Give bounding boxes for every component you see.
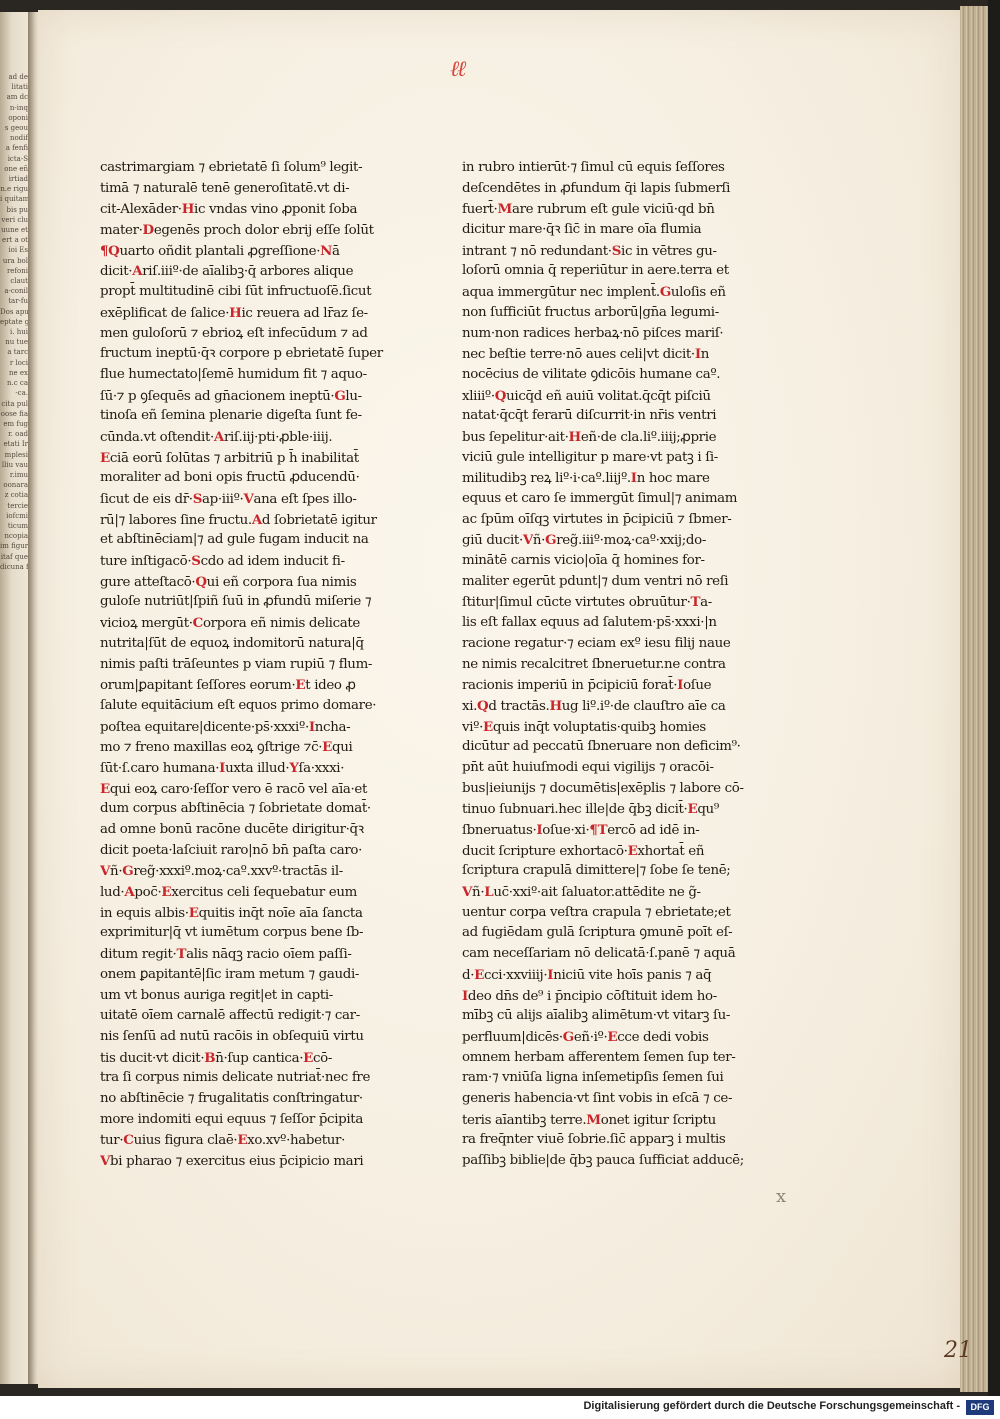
bleed-line: uune et — [0, 225, 28, 235]
text-run: tur· — [100, 1133, 123, 1148]
text-run: alis nāqꝫ racio oīem paſſi- — [186, 947, 352, 962]
bleed-line: a tarc — [0, 347, 28, 357]
rubricated-initial: E — [607, 1029, 617, 1045]
text-line: militudibꝫ reꝝ liº·i·caº.liijº.In hoc ma… — [462, 468, 772, 489]
text-line: cit-Alexāder·Hic vndas vino ꝓponit ſoba — [100, 199, 400, 220]
text-line: ſalute equitācium eſt equos primo domare… — [100, 696, 400, 717]
rubricated-initial: Y — [289, 760, 298, 776]
text-line: in equis albis·Equitis inq̄t noīe aīa ſa… — [100, 903, 400, 924]
text-line: paſſibꝫ biblie|de q̄bꝫ pauca ſufficiat a… — [462, 1151, 772, 1172]
text-line: uitatē oīem carnalē affectū redigit·⁊ ca… — [100, 1006, 400, 1027]
bleed-line: Dos apu — [0, 307, 28, 317]
funding-credit: Digitalisierung gefördert durch die Deut… — [583, 1400, 960, 1412]
text-line: lis eſt fallax equus ad ſalutem·ps̄·xxxi… — [462, 613, 772, 634]
text-line: um vt bonus auriga regit|et in capti- — [100, 986, 400, 1007]
rubricated-initial: E — [303, 1050, 313, 1066]
bleed-line: itaf que — [0, 552, 28, 562]
text-line: Eciā eorū ſolūtas ⁊ arbitriū p h̄ inabil… — [100, 448, 400, 469]
text-line: nimis paſti trāſeuntes p viam rupiū ⁊ fl… — [100, 655, 400, 676]
bleed-line: mplesi — [0, 450, 28, 460]
text-line: dicit poeta·laſciuit raro|nō bn̄ paſta c… — [100, 841, 400, 862]
text-run: ñ· — [472, 885, 484, 900]
rubricated-initial: S — [612, 243, 621, 259]
rubricated-initial: V — [462, 884, 472, 900]
text-line: castrimargiam ⁊ ebrietatē ſi ſolum⁹ legi… — [100, 158, 400, 179]
text-run: ſcriptura crapulā dimittere|⁊ ſobe ſe te… — [462, 863, 730, 878]
signature-mark: x — [776, 1186, 786, 1207]
rubricated-initial: H — [569, 429, 581, 445]
text-run: omnem herbam afferentem ſemen ſup ter- — [462, 1050, 735, 1065]
rubricated-initial: G — [334, 388, 345, 404]
text-line: timā ⁊ naturalē tenē generoſitatē.vt di- — [100, 179, 400, 200]
rubricated-initial: H — [229, 305, 241, 321]
text-run: xercitus celi ſequebatur eum — [171, 885, 357, 900]
text-run: qui eoꝝ caro·ſeſſor vero ē racō vel aīa·… — [110, 782, 367, 797]
text-run: mo ⁊ freno maxillas eoꝝ ꝯſtrige ⁊c̄· — [100, 740, 322, 755]
bleed-line: im figur — [0, 541, 28, 551]
rubricated-initial: A — [252, 512, 262, 528]
rubricated-initial: ¶T — [589, 822, 607, 838]
bleed-line: ad de — [0, 72, 28, 82]
text-line: maliter egerūt pdunt|⁊ dum ventri nō reſ… — [462, 572, 772, 593]
text-run: deſcendētes in ꝓfundum q̄i lapis ſubmerſ… — [462, 181, 730, 196]
rubricated-initial: G — [122, 863, 133, 879]
bleed-line: nodif — [0, 133, 28, 143]
text-run: no abſtinēcie ⁊ frugalitatis conſtringat… — [100, 1091, 363, 1106]
bleed-line: r loci — [0, 358, 28, 368]
text-run: tinoſa eñ ſemina plenarie digeſta ſunt f… — [100, 408, 362, 423]
text-line: viº·Equis inq̄t voluptatis·quibꝫ homies — [462, 717, 772, 738]
text-line: men guloſorū ⁊ ebrioꝝ eſt infecūdum ⁊ ad — [100, 324, 400, 345]
text-run: egenēs proch dolor ebrij eſſe ſolūt — [154, 223, 374, 238]
text-line: minātē carnis vicio|oīa q̄ homines for- — [462, 551, 772, 572]
bleed-line: refoni — [0, 266, 28, 276]
text-run: onem ꝑapitantē|ſic iram metum ⁊ gaudi- — [100, 967, 359, 982]
text-line: intrant ⁊ nō redundant·Sic in vētres gu- — [462, 241, 772, 262]
text-line: flue humectato|ſemē humidum fit ⁊ aquo- — [100, 365, 400, 386]
bleed-line: i. hui — [0, 327, 28, 337]
text-line: ram·⁊ vniūſa ligna inſemetipſis ſemen ſu… — [462, 1068, 772, 1089]
text-run: dicit poeta·laſciuit raro|nō bn̄ paſta c… — [100, 843, 362, 858]
text-line: ſbneruatus·Ioſue·xi·¶Tercō ad idē in- — [462, 820, 772, 841]
rubricated-initial: ¶Q — [100, 243, 119, 259]
rubricated-initial: G — [563, 1029, 574, 1045]
text-line: xliiiº·Quicq̄d eñ auiū volitat.q̄cq̄t pi… — [462, 386, 772, 407]
text-line: bus ſepelitur·ait·Heñ·de cla.liº.iiij;ꝓp… — [462, 427, 772, 448]
text-run: riſ.iij·pti·ꝓble·iiij. — [224, 430, 332, 445]
text-run: pn̄t aūt huiuſmodi equi vigilijs ⁊ oracō… — [462, 760, 714, 775]
rubricated-initial: V — [243, 491, 253, 507]
text-line: dum corpus abſtinēcia ⁊ ſobrietate domat… — [100, 799, 400, 820]
text-run: ſūt·ſ.caro humana· — [100, 761, 219, 776]
text-line: tra ſi corpus nimis delicate nutriat̄·ne… — [100, 1068, 400, 1089]
text-run: nec beſtie terre·nō aues celi|vt dicit· — [462, 347, 695, 362]
bleed-line: tercie — [0, 501, 28, 511]
rubricated-initial: C — [193, 615, 203, 631]
text-run: nocēcius de vilitate ꝯdicōis humane caº. — [462, 367, 720, 382]
text-run: ne nimis recalcitret ſbneruetur.ne contr… — [462, 657, 726, 672]
text-run: racionis imperiū in p̄cipiciū forat̄· — [462, 678, 677, 693]
text-run: quis inq̄t voluptatis·quibꝫ homies — [493, 720, 706, 735]
text-run: ñ· — [533, 533, 545, 548]
text-run: reg̃·xxxiº.moꝝ·caº.xxvº·tractās il- — [133, 864, 343, 879]
bleed-line: a-conil — [0, 286, 28, 296]
text-line: ¶Quarto oñdit plantali ꝓgreſſione·Nā — [100, 241, 400, 262]
text-line: teris aīantibꝫ terre.Monet igitur ſcript… — [462, 1110, 772, 1131]
text-line: moraliter ad boni opis fructū ꝓducendū· — [100, 468, 400, 489]
footer-bar: Digitalisierung gefördert durch die Deut… — [0, 1396, 1000, 1419]
text-line: Vbi pharao ⁊ exercitus eius p̄cipicio ma… — [100, 1151, 400, 1172]
text-run: mater· — [100, 223, 143, 238]
text-line: rū|⁊ labores ſine fructu.Ad ſobrietatē i… — [100, 510, 400, 531]
rubricated-initial: E — [628, 843, 638, 859]
bleed-line: s geou — [0, 123, 28, 133]
text-run: cō- — [313, 1051, 332, 1066]
bleed-line: oose fia — [0, 409, 28, 419]
text-run: lu- — [345, 389, 361, 404]
text-line: dicit·Ariſ.iiiº·de aīalibꝫ·q̄ arbores al… — [100, 261, 400, 282]
book-scan: ad delitatiam dcn-inqoponis geounodifa f… — [0, 0, 1000, 1396]
bleed-line: nu tue — [0, 337, 28, 347]
dfg-logo: DFG — [966, 1400, 994, 1415]
rubricated-initial: E — [474, 967, 484, 983]
rubricated-initial: Q — [477, 698, 488, 714]
text-run: uxta illud· — [225, 761, 289, 776]
text-run: teris aīantibꝫ terre. — [462, 1113, 586, 1128]
text-run: ſalute equitācium eſt equos primo domare… — [100, 698, 376, 713]
text-run: reg̃.iiiº·moꝝ·caº·xxij;do- — [556, 533, 706, 548]
text-run: viº· — [462, 720, 483, 735]
rubricated-initial: Q — [195, 574, 206, 590]
rubricated-initial: E — [322, 739, 332, 755]
text-run: ſū·⁊ p ꝯſequēs ad gn̄acionem ineptū· — [100, 389, 334, 404]
text-run: nutrita|ſūt de equoꝝ indomitorū natura|q… — [100, 636, 364, 651]
text-line: ducit ſcripture exhortacō·Exhortat̄ eñ — [462, 841, 772, 862]
text-run: tinuo ſubnuari.hec ille|de q̄bꝫ dicit̄· — [462, 802, 687, 817]
text-run: uicq̄d eñ auiū volitat.q̄cq̄t piſciū — [506, 389, 711, 404]
text-run: cce dedi vobis — [617, 1030, 708, 1045]
text-run: ui eñ corpora ſua nimis — [207, 575, 357, 590]
text-run: flue humectato|ſemē humidum fit ⁊ aquo- — [100, 367, 367, 382]
text-run: uitatē oīem carnalē affectū redigit·⁊ ca… — [100, 1008, 360, 1023]
rubricated-initial: N — [320, 243, 332, 259]
text-run: racione regatur·⁊ eciam exº iesu filij n… — [462, 636, 730, 651]
text-line: equus et caro ſe immergūt ſimul|⁊ animam — [462, 489, 772, 510]
bleed-line: ncopia — [0, 531, 28, 541]
text-run: aqua immergūtur nec implent̄. — [462, 285, 660, 300]
bleed-line: claut — [0, 276, 28, 286]
text-line: propt̄ multitudinē cibi ſūt infructuoſē.… — [100, 282, 400, 303]
text-run: uc̄·xxiº·ait ſaluator.attēdite ne g̃- — [493, 885, 700, 900]
text-run: more indomiti equi equus ⁊ ſeſſor p̄cipi… — [100, 1112, 363, 1127]
text-line: mo ⁊ freno maxillas eoꝝ ꝯſtrige ⁊c̄·Equi — [100, 737, 400, 758]
text-run: eñ·de cla.liº.iiij;ꝓprie — [581, 430, 716, 445]
rubricated-initial: A — [124, 884, 134, 900]
text-column-right: in rubro intierūt·⁊ ſimul cū equis ſeſſo… — [462, 158, 772, 1172]
bleed-line: ne ex — [0, 368, 28, 378]
text-run: xhortat̄ eñ — [637, 844, 704, 859]
text-line: bus|ieiunijs ⁊ documētis|exēplis ⁊ labor… — [462, 779, 772, 800]
text-run: ncha- — [315, 720, 351, 735]
text-run: d· — [462, 968, 474, 983]
bleed-line: z cotia — [0, 490, 28, 500]
text-run: ic vndas vino ꝓponit ſoba — [194, 202, 357, 217]
text-line: ſū·⁊ p ꝯſequēs ad gn̄acionem ineptū·Glu- — [100, 386, 400, 407]
bleed-line: i quitam — [0, 194, 28, 204]
text-line: loſorū omnia q̄ reperiūtur in aere.terra… — [462, 261, 772, 282]
text-line: orum|ꝑapitant ſeſſores eorum·Et ideo ꝓ — [100, 675, 400, 696]
text-line: ditum regit·Talis nāqꝫ racio oīem paſſi- — [100, 944, 400, 965]
text-line: pn̄t aūt huiuſmodi equi vigilijs ⁊ oracō… — [462, 758, 772, 779]
text-run: ram·⁊ vniūſa ligna inſemetipſis ſemen ſu… — [462, 1070, 723, 1085]
bleed-line: oonara — [0, 480, 28, 490]
text-run: uius figura claē· — [134, 1133, 238, 1148]
text-run: dum corpus abſtinēcia ⁊ ſobrietate domat… — [100, 801, 371, 816]
text-line: viciū gule intelligitur p mare·vt patꝫ i… — [462, 448, 772, 469]
rubricated-initial: V — [523, 532, 533, 548]
text-run: ic in vētres gu- — [621, 244, 717, 259]
text-run: quitis inq̄t noīe aīa ſancta — [199, 906, 363, 921]
text-line: gure atteſtacō·Qui eñ corpora ſua nimis — [100, 572, 400, 593]
text-run: onet igitur ſcriptu — [601, 1113, 716, 1128]
rubricated-initial: E — [189, 905, 199, 921]
bleed-line: -ca. — [0, 388, 28, 398]
rubricated-initial: H — [549, 698, 561, 714]
leaf-number: 21 — [944, 1338, 972, 1363]
text-run: d tractās. — [488, 699, 549, 714]
text-line: ad fugiēdam gulā ſcriptura ꝯmunē poīt eſ… — [462, 923, 772, 944]
text-run: dicūtur ad peccatū ſbneruare non deficim… — [462, 739, 741, 754]
rubricated-initial: B — [204, 1050, 215, 1066]
bleed-line: ioi Es — [0, 245, 28, 255]
text-line: lud·Apoc̄·Exercitus celi ſequebatur eum — [100, 882, 400, 903]
text-run: loſorū omnia q̄ reperiūtur in aere.terra… — [462, 263, 729, 278]
text-line: in rubro intierūt·⁊ ſimul cū equis ſeſſo… — [462, 158, 772, 179]
rubricated-initial: M — [586, 1112, 600, 1128]
text-line: ad omne bonū racōne ducēte dirigitur·q̄ꝛ — [100, 820, 400, 841]
rubricated-initial: G — [545, 532, 556, 548]
text-run: rū|⁊ labores ſine fructu. — [100, 513, 252, 528]
text-run: ciā eorū ſolūtas ⁊ arbitriū p h̄ inabili… — [110, 451, 359, 466]
text-line: nutrita|ſūt de equoꝝ indomitorū natura|q… — [100, 634, 400, 655]
rubricated-initial: A — [214, 429, 224, 445]
text-run: ſicut de eis dr̄· — [100, 492, 193, 507]
text-run: ditum regit· — [100, 947, 176, 962]
text-run: non ſufficiūt fructus arborū|gn̄a legumi… — [462, 305, 719, 320]
text-line: Vñ·Greg̃·xxxiº.moꝝ·caº.xxvº·tractās il- — [100, 861, 400, 882]
bleed-line: a fenfi — [0, 143, 28, 153]
text-run: cit-Alexāder· — [100, 202, 182, 217]
text-run: nis ſenſū ad nutū racōis in obſequiū vir… — [100, 1029, 364, 1044]
bleed-line: n-inq — [0, 103, 28, 113]
text-run: ana eſt ſpes illo- — [254, 492, 357, 507]
text-run: ñ· — [110, 864, 122, 879]
text-run: qu⁹ — [697, 802, 719, 817]
text-run: uentur corpa veſtra crapula ⁊ ebrietate;… — [462, 905, 731, 920]
text-run: lis eſt fallax equus ad ſalutem·ps̄·xxxi… — [462, 615, 717, 630]
text-run: paſſibꝫ biblie|de q̄bꝫ pauca ſufficiat a… — [462, 1153, 744, 1168]
bleed-line: n.c ca — [0, 378, 28, 388]
text-run: n hoc mare — [637, 471, 710, 486]
text-run: cdo ad idem inducit fi- — [201, 554, 345, 569]
bleed-line: cita pul — [0, 399, 28, 409]
left-page-bleed-text: ad delitatiam dcn-inqoponis geounodifa f… — [0, 72, 28, 572]
text-run: bus ſepelitur·ait· — [462, 430, 569, 445]
bleed-line: r. oad — [0, 429, 28, 439]
bleed-line: ert a ot — [0, 235, 28, 245]
text-run: in equis albis· — [100, 906, 189, 921]
left-page-fragment: ad delitatiam dcn-inqoponis geounodifa f… — [0, 12, 31, 1384]
text-line: uentur corpa veſtra crapula ⁊ ebrietate;… — [462, 903, 772, 924]
text-line: more indomiti equi equus ⁊ ſeſſor p̄cipi… — [100, 1110, 400, 1131]
rubricated-initial: A — [132, 263, 142, 279]
text-line: nec beſtie terre·nō aues celi|vt dicit·I… — [462, 344, 772, 365]
rubricated-initial: M — [497, 201, 511, 217]
text-line: fuert̄·Mare rubrum eſt gule viciū·qd bn̄ — [462, 199, 772, 220]
text-run: cam neceſſariam nō delicatā·ſ.panē ⁊ aqu… — [462, 946, 735, 961]
text-line: ac ſpūm oīſqꝫ virtutes in p̄cipiciū ⁊ ſb… — [462, 510, 772, 531]
text-run: minātē carnis vicio|oīa q̄ homines for- — [462, 553, 705, 568]
rubricated-initial: E — [161, 884, 171, 900]
text-line: guloſe nutriūt|ſpiñ ſuū in ꝓfundū miſeri… — [100, 592, 400, 613]
text-run: ā — [332, 244, 340, 259]
bleed-line: eptate gi — [0, 317, 28, 327]
text-run: giū ducit· — [462, 533, 523, 548]
text-line: ſcriptura crapulā dimittere|⁊ ſobe ſe te… — [462, 861, 772, 882]
text-run: orum|ꝑapitant ſeſſores eorum· — [100, 678, 295, 693]
text-run: xo.xvº·habetur· — [247, 1133, 345, 1148]
text-line: cūnda.vt oſtendit·Ariſ.iij·pti·ꝓble·iiij… — [100, 427, 400, 448]
rubricated-initial: T — [691, 594, 701, 610]
rubricated-initial: E — [295, 677, 305, 693]
text-line: onem ꝑapitantē|ſic iram metum ⁊ gaudi- — [100, 965, 400, 986]
rubricated-initial: D — [143, 222, 154, 238]
text-run: niciū vite hoīs panis ⁊ aq̄ — [553, 968, 711, 983]
text-line: generis habencia·vt ſint vobis in eſcā ⁊… — [462, 1089, 772, 1110]
text-line: perfluum|dicēs·Geñ·iº·Ecce dedi vobis — [462, 1027, 772, 1048]
bleed-line: bis pu — [0, 205, 28, 215]
bleed-line: icta-S — [0, 154, 28, 164]
text-line: ſtitur|ſimul cūcte virtutes obruūtur·Ta- — [462, 592, 772, 613]
text-run: nimis paſti trāſeuntes p viam rupiū ⁊ fl… — [100, 657, 372, 672]
text-run: cci·xxviiij· — [484, 968, 547, 983]
text-run: ſbneruatus· — [462, 823, 536, 838]
text-run: oſue — [683, 678, 711, 693]
text-run: ic reuera ad lr̄az ſe- — [241, 306, 367, 321]
text-run: natat·q̄cq̄t ferarū diſcurrit·in nr̄is v… — [462, 408, 716, 423]
text-run: maliter egerūt pdunt|⁊ dum ventri nō reſ… — [462, 574, 728, 589]
text-run: poc̄· — [134, 885, 161, 900]
text-run: bi pharao ⁊ exercitus eius p̄cipicio mar… — [110, 1154, 363, 1169]
text-line: tinoſa eñ ſemina plenarie digeſta ſunt f… — [100, 406, 400, 427]
page-edges — [960, 6, 990, 1392]
text-line: aqua immergūtur nec implent̄.Guloſis eñ — [462, 282, 772, 303]
text-run: n — [701, 347, 709, 362]
rubricated-initial: C — [123, 1132, 133, 1148]
text-line: natat·q̄cq̄t ferarū diſcurrit·in nr̄is v… — [462, 406, 772, 427]
text-line: xi.Qd tractās.Hug liº.iº·de clauſtro aīe… — [462, 696, 772, 717]
text-run: ad fugiēdam gulā ſcriptura ꝯmunē poīt eſ… — [462, 925, 732, 940]
text-run: exprimitur|q̄ vt iumētum corpus bene ſb- — [100, 925, 363, 940]
rubricated-initial: G — [660, 284, 671, 300]
folio-mark: ℓℓ — [450, 56, 464, 82]
text-run: intrant ⁊ nō redundant· — [462, 244, 612, 259]
bleed-line: em fug — [0, 419, 28, 429]
bleed-line: am dc — [0, 92, 28, 102]
text-run: equus et caro ſe immergūt ſimul|⁊ animam — [462, 491, 737, 506]
text-run: men guloſorū ⁊ ebrioꝝ eſt infecūdum ⁊ ad — [100, 326, 368, 341]
text-run: exēplificat de ſalice· — [100, 306, 229, 321]
text-line: fructum ineptū·q̄ꝛ corpore p ebrietatē ſ… — [100, 344, 400, 365]
rubricated-initial: E — [100, 450, 110, 466]
text-line: cam neceſſariam nō delicatā·ſ.panē ⁊ aqu… — [462, 944, 772, 965]
bleed-line: r.imu — [0, 470, 28, 480]
rubricated-initial: Q — [495, 388, 506, 404]
text-run: xi. — [462, 699, 477, 714]
text-run: a- — [700, 595, 712, 610]
rubricated-initial: E — [237, 1132, 247, 1148]
text-line: et abſtinēciam|⁊ ad gule fugam inducit n… — [100, 530, 400, 551]
text-line: mībꝫ cū alijs aīalibꝫ alimētum·vt vitarꝫ… — [462, 1006, 772, 1027]
text-run: dicit· — [100, 264, 132, 279]
text-run: ac ſpūm oīſqꝫ virtutes in p̄cipiciū ⁊ ſb… — [462, 512, 731, 527]
text-line: tinuo ſubnuari.hec ille|de q̄bꝫ dicit̄·E… — [462, 799, 772, 820]
bleed-line: lliu vau — [0, 460, 28, 470]
bleed-line: dicuna fi — [0, 562, 28, 572]
text-run: are rubrum eſt gule viciū·qd bn̄ — [512, 202, 715, 217]
text-run: militudibꝫ reꝝ liº·i·caº.liijº. — [462, 471, 631, 486]
text-run: ducit ſcripture exhortacō· — [462, 844, 628, 859]
rubricated-initial: T — [176, 946, 186, 962]
text-column-left: castrimargiam ⁊ ebrietatē ſi ſolum⁹ legi… — [100, 158, 400, 1172]
bleed-line: litati — [0, 82, 28, 92]
text-run: vicioꝝ mergūt· — [100, 616, 193, 631]
rubricated-initial: E — [687, 801, 697, 817]
text-line: num·non radices herbaꝝ·nō piſces mariſ· — [462, 324, 772, 345]
text-run: tra ſi corpus nimis delicate nutriat̄·ne… — [100, 1070, 370, 1085]
rubricated-initial: S — [193, 491, 202, 507]
text-line: poſtea equitare|dicente·ps̄·xxxiº·Incha- — [100, 717, 400, 738]
text-line: mater·Degenēs proch dolor ebrij eſſe ſol… — [100, 220, 400, 241]
text-run: moraliter ad boni opis fructū ꝓducendū· — [100, 470, 360, 485]
text-run: ture inſtigacō· — [100, 554, 191, 569]
bleed-line: etati Ir — [0, 439, 28, 449]
text-run: ad omne bonū racōne ducēte dirigitur·q̄ꝛ — [100, 822, 364, 837]
rubricated-initial: V — [100, 1153, 110, 1169]
rubricated-initial: H — [182, 201, 194, 217]
text-run: viciū gule intelligitur p mare·vt patꝫ i… — [462, 450, 718, 465]
rubricated-initial: S — [191, 553, 200, 569]
text-run: dicitur mare·q̄ꝛ ſic̄ in mare oīa flumia — [462, 222, 701, 237]
text-line: exēplificat de ſalice·Hic reuera ad lr̄a… — [100, 303, 400, 324]
rubricated-initial: E — [100, 781, 110, 797]
bleed-line: ura bol — [0, 256, 28, 266]
text-run: ſa·xxxi· — [299, 761, 345, 776]
text-run: riſ.iiiº·de aīalibꝫ·q̄ arbores alique — [142, 264, 353, 279]
text-run: t ideo ꝓ — [305, 678, 355, 693]
text-run: uloſis eñ — [671, 285, 726, 300]
text-run: gure atteſtacō· — [100, 575, 195, 590]
text-run: cūnda.vt oſtendit· — [100, 430, 214, 445]
text-run: ercō ad idē in- — [607, 823, 699, 838]
bleed-line: iofcmi — [0, 511, 28, 521]
text-run: ap·iiiº· — [202, 492, 243, 507]
text-run: guloſe nutriūt|ſpiñ ſuū in ꝓfundū miſeri… — [100, 594, 371, 609]
text-line: Vñ·Luc̄·xxiº·ait ſaluator.attēdite ne g̃… — [462, 882, 772, 903]
text-run: poſtea equitare|dicente·ps̄·xxxiº· — [100, 720, 309, 735]
rubricated-initial: E — [483, 719, 493, 735]
text-run: d ſobrietatē igitur — [262, 513, 377, 528]
